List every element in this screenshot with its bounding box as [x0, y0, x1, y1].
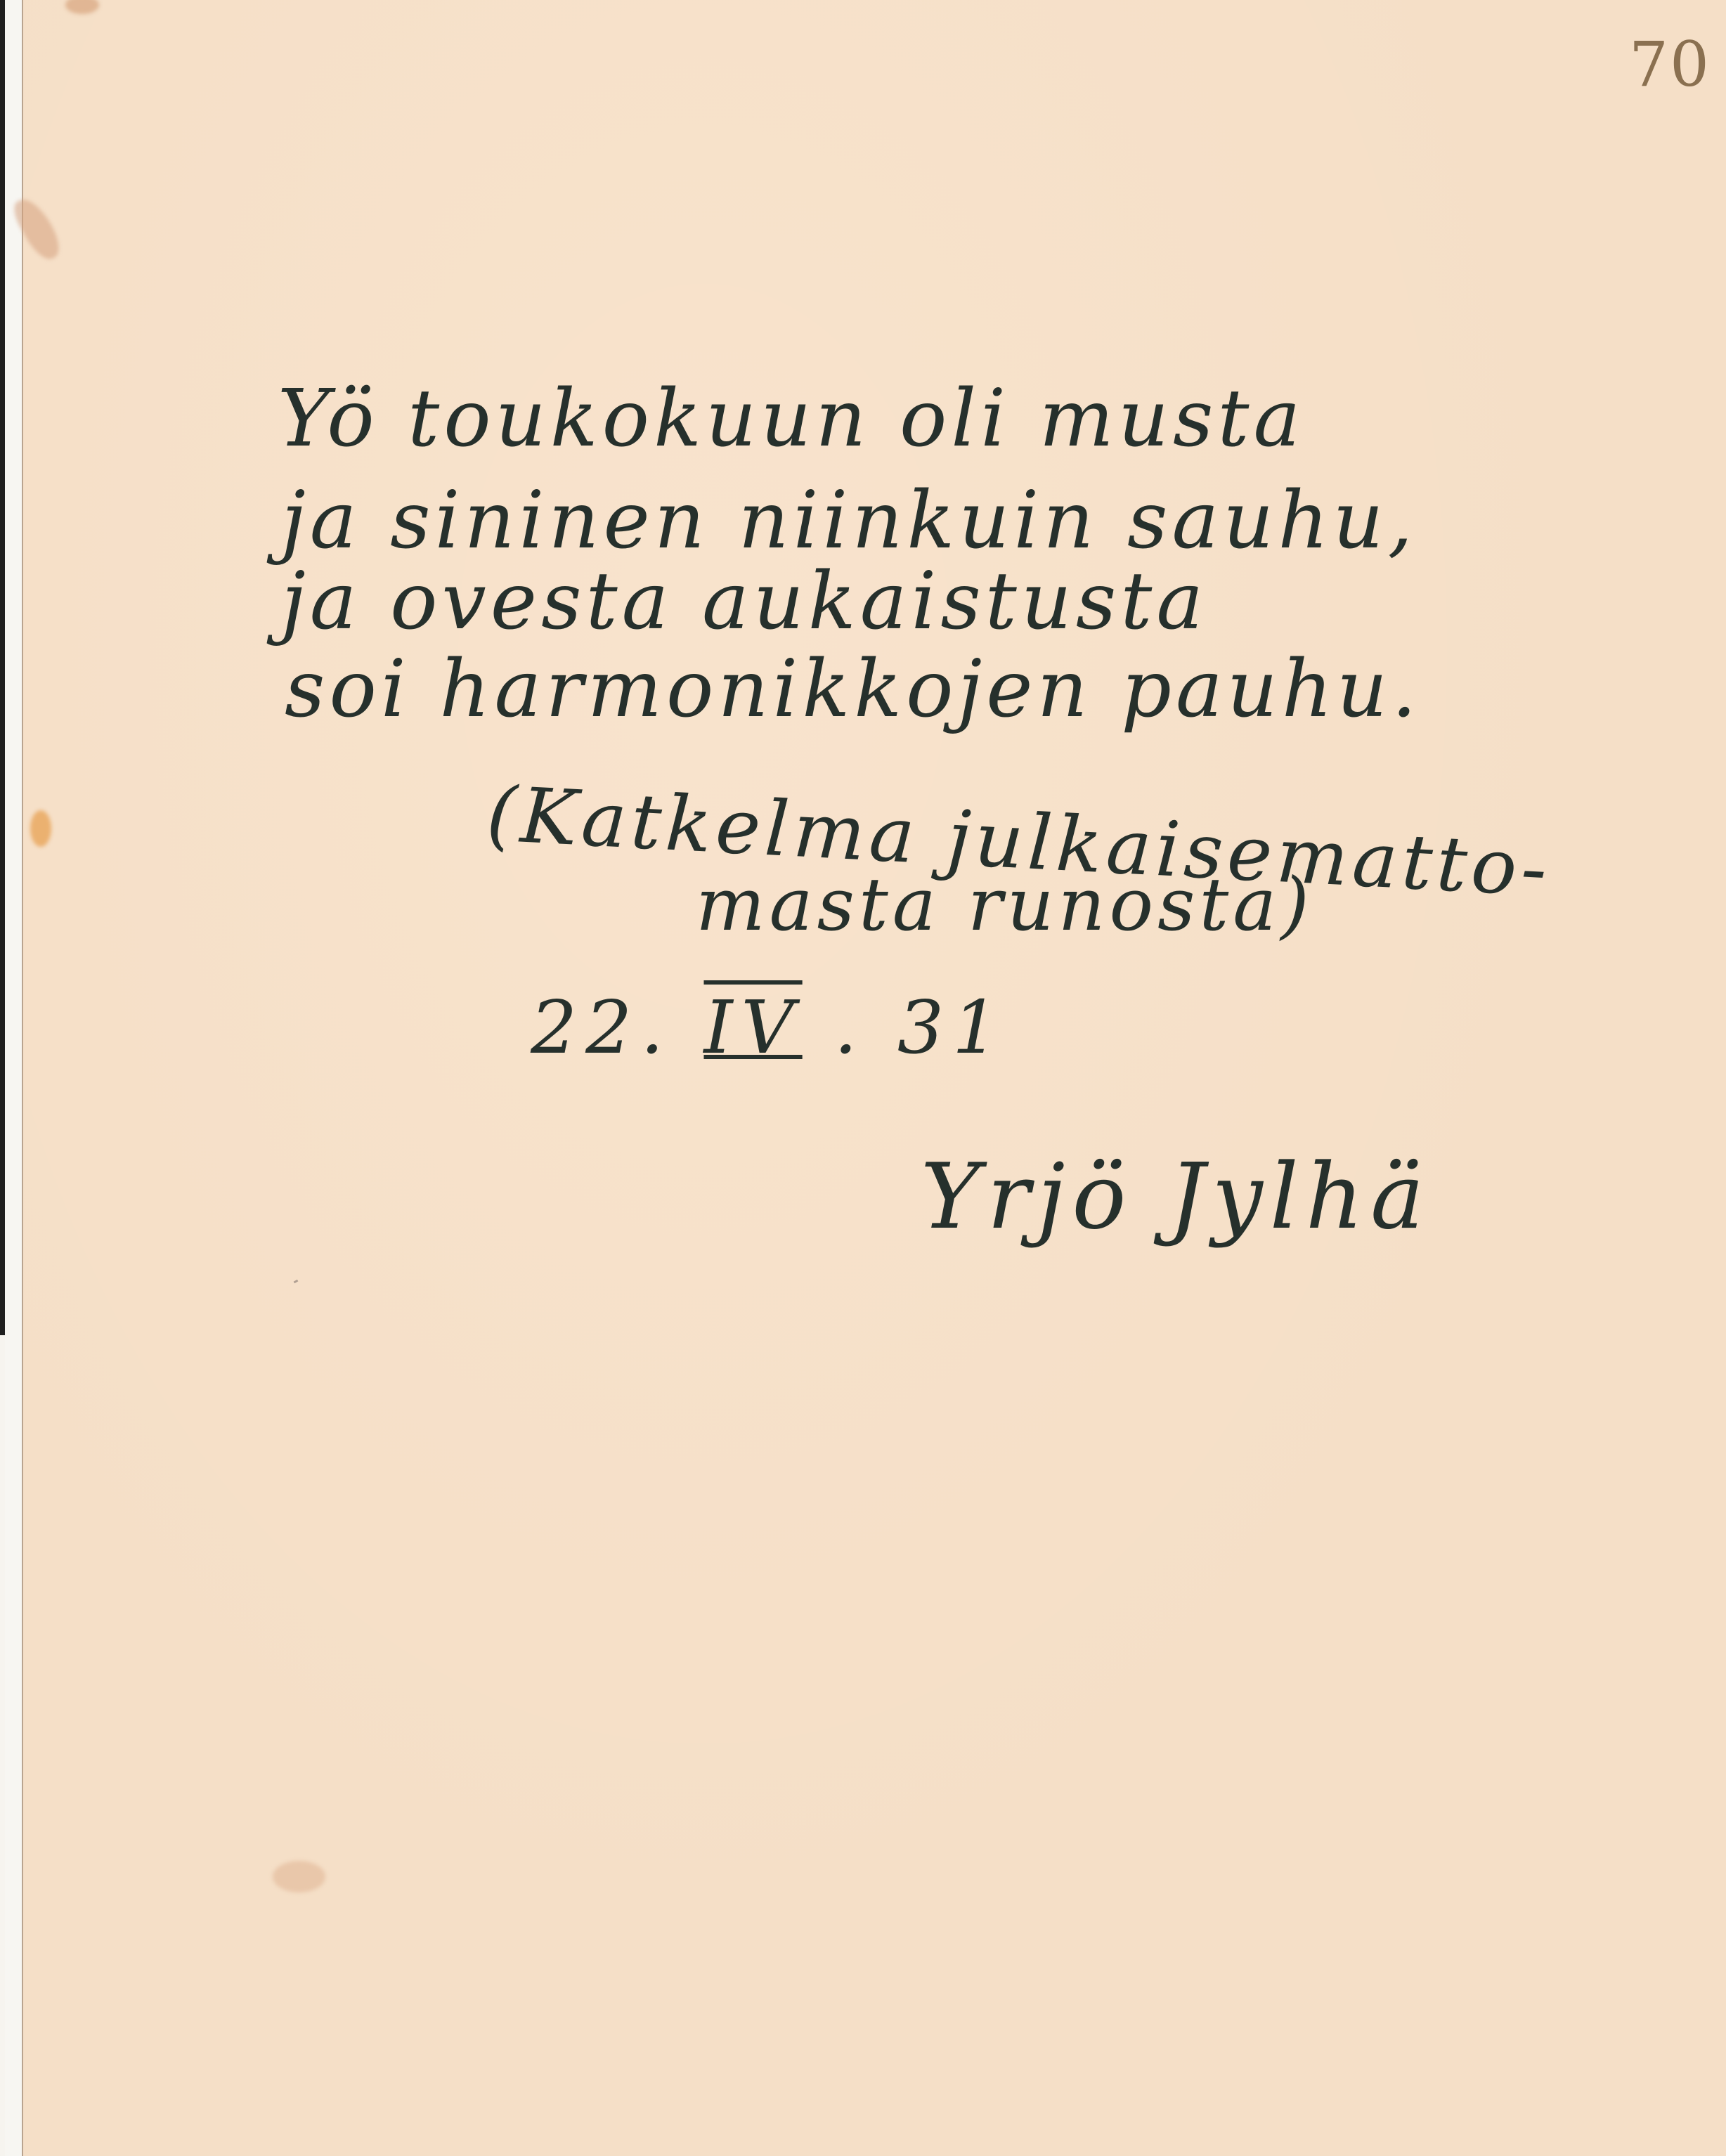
scan-edge-dark: [0, 0, 5, 1335]
poem-line: ja sininen niinkuin sauhu,: [281, 481, 1417, 560]
date-month: IV: [703, 985, 802, 1070]
scan-edge-white: [5, 0, 23, 2156]
signature: Yrjö Jylhä: [921, 1152, 1431, 1242]
stain-orange: [30, 810, 51, 847]
date-year: . 31: [834, 985, 1007, 1070]
ink-speck: [294, 1280, 299, 1284]
stain-bottom: [273, 1861, 325, 1892]
stain-top: [65, 0, 99, 14]
page-number: 70: [1629, 34, 1711, 96]
poem-line: soi harmonikkojen pauhu.: [285, 650, 1421, 729]
poem-line: Yö toukokuun oli musta: [278, 379, 1304, 458]
note-line: masta runosta): [696, 868, 1313, 941]
poem-line: ja ovesta aukaistusta: [281, 562, 1207, 641]
date: 22. IV . 31: [531, 991, 1007, 1064]
date-day: 22.: [531, 985, 672, 1070]
manuscript-page: [22, 0, 1726, 2156]
